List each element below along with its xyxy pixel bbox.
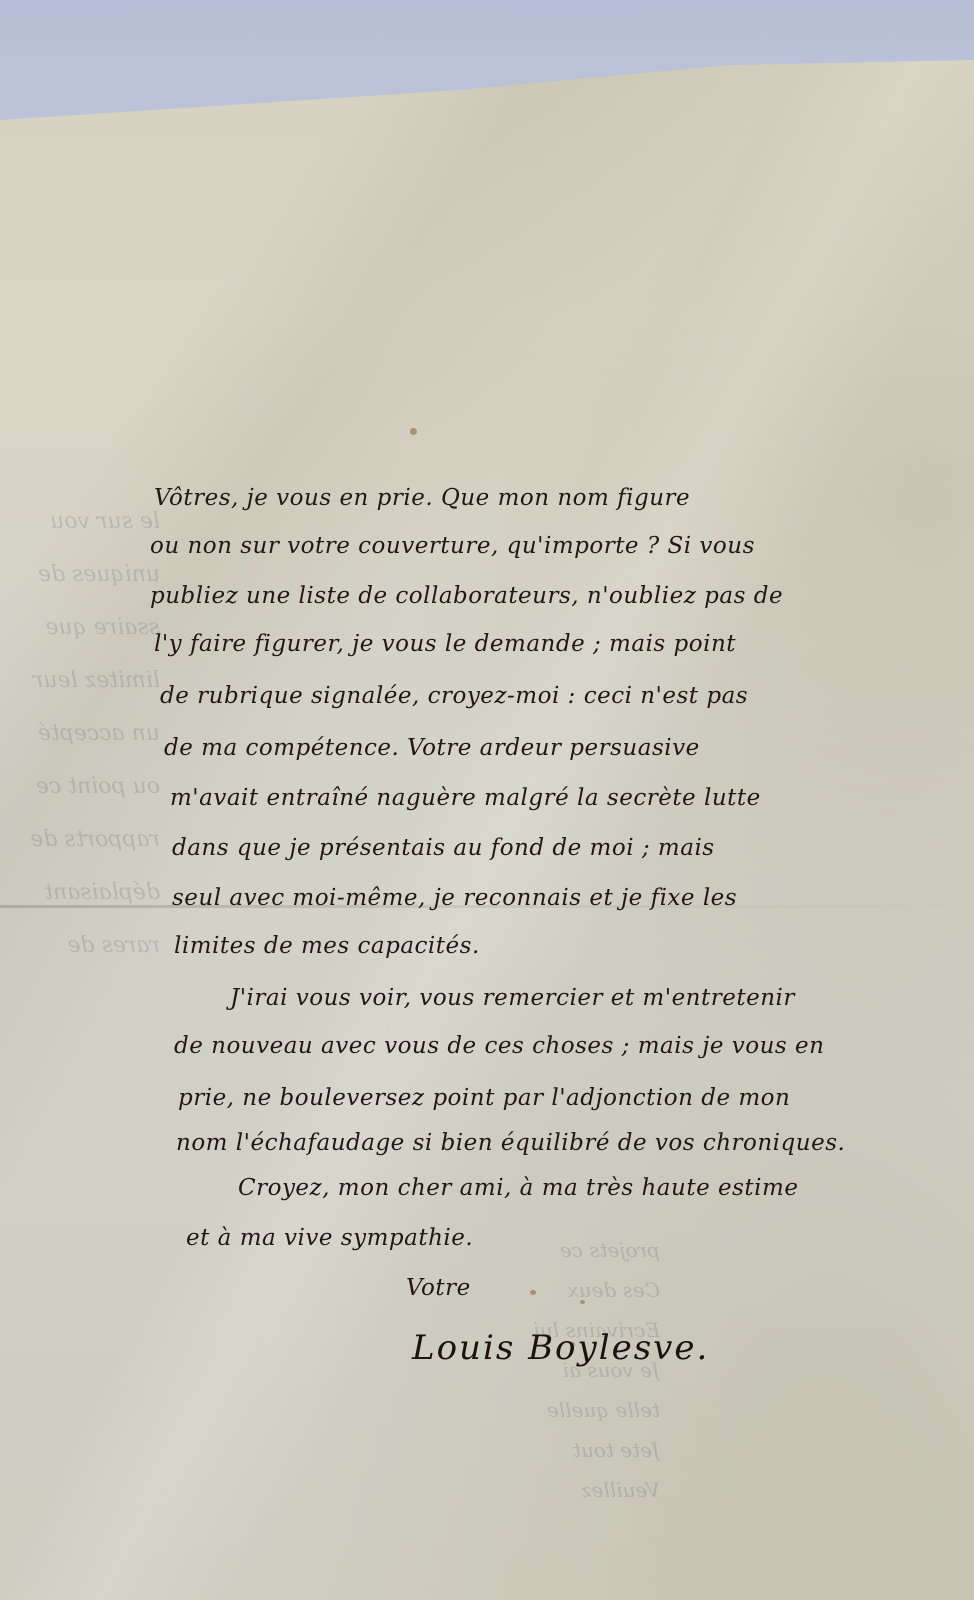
letter-line: publiez une liste de collaborateurs, n'o… xyxy=(150,576,783,616)
ink-spot xyxy=(580,1300,585,1304)
bleed-line: Veuillez xyxy=(380,1470,660,1510)
bleed-line: le sur vou xyxy=(0,495,160,548)
bleed-line: rares de xyxy=(0,919,160,972)
letter-line: de nouveau avec vous de ces choses ; mai… xyxy=(174,1026,824,1066)
letter-line: et à ma vive sympathie. xyxy=(186,1218,473,1258)
signature: Louis Boylesve. xyxy=(412,1328,709,1368)
letter-line: J'irai vous voir, vous remercier et m'en… xyxy=(230,978,795,1018)
letter-line: ou non sur votre couverture, qu'importe … xyxy=(150,526,755,566)
letter-line: prie, ne bouleversez point par l'adjonct… xyxy=(178,1078,790,1118)
letter-line: de ma compétence. Votre ardeur persuasiv… xyxy=(164,728,700,768)
bleed-line: déplaisant xyxy=(0,866,160,919)
letter-line: seul avec moi-même, je reconnais et je f… xyxy=(172,878,737,918)
letter-line: l'y faire figurer, je vous le demande ; … xyxy=(154,624,736,664)
letter-closing: Votre xyxy=(406,1268,471,1308)
bleed-line: ou point ce xyxy=(0,760,160,813)
letter-line: Croyez, mon cher ami, à ma très haute es… xyxy=(238,1168,798,1208)
bleed-through-left: le sur vou uniques de ssaire que limitez… xyxy=(0,495,160,972)
letter-line: de rubrique signalée, croyez-moi : ceci … xyxy=(160,676,748,716)
letter-line: Vôtres, je vous en prie. Que mon nom fig… xyxy=(154,478,690,518)
letter-line: nom l'échafaudage si bien équilibré de v… xyxy=(176,1123,845,1163)
bleed-line: rapports de xyxy=(0,813,160,866)
letter-line: dans que je présentais au fond de moi ; … xyxy=(172,828,715,868)
bleed-line: limitez leur xyxy=(0,654,160,707)
letter-line: limites de mes capacités. xyxy=(174,926,480,966)
bleed-line: telle quelle xyxy=(380,1390,660,1430)
bleed-line: uniques de xyxy=(0,548,160,601)
ink-spot xyxy=(410,428,417,435)
ink-spot xyxy=(530,1290,536,1295)
letter-line: m'avait entraîné naguère malgré la secrè… xyxy=(170,778,761,818)
bleed-line: ssaire que xyxy=(0,601,160,654)
bleed-line: un accepté xyxy=(0,707,160,760)
bleed-line: Jete tout xyxy=(380,1430,660,1470)
